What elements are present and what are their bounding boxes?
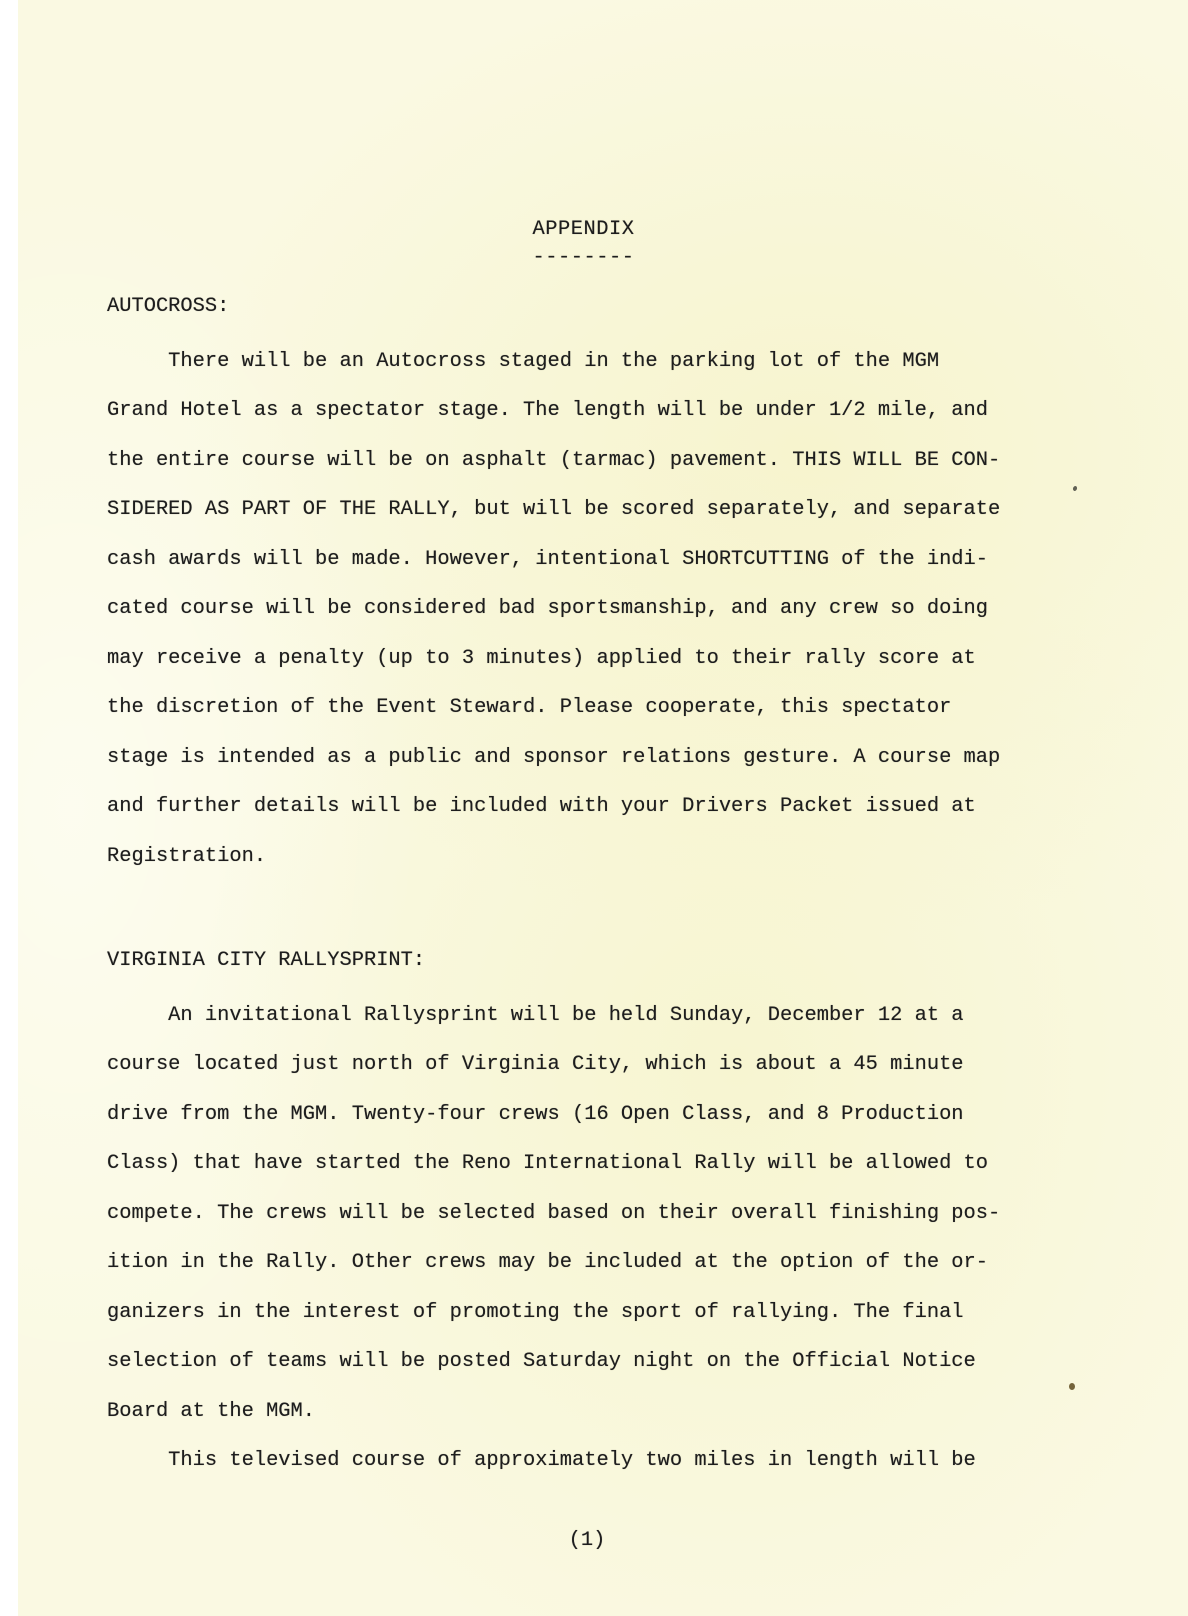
paragraph: There will be an Autocross staged in the… bbox=[107, 337, 1002, 882]
title-block: APPENDIX -------- bbox=[136, 205, 1031, 282]
section-heading-virginia-city-rallysprint: VIRGINIA CITY RALLYSPRINT: bbox=[107, 936, 1002, 986]
paragraph: An invitational Rallysprint will be held… bbox=[107, 991, 1002, 1437]
scanned-document-page: APPENDIX -------- AUTOCROSS: There will … bbox=[0, 0, 1188, 1616]
typewritten-content: APPENDIX -------- AUTOCROSS: There will … bbox=[107, 0, 1002, 1486]
scan-speck bbox=[1069, 1383, 1075, 1390]
document-body: AUTOCROSS: There will be an Autocross st… bbox=[107, 282, 1002, 1486]
paragraph: This televised course of approximately t… bbox=[107, 1436, 1002, 1486]
page-number: (1) bbox=[0, 1516, 1181, 1566]
title-underline: -------- bbox=[136, 233, 1031, 283]
scan-speck bbox=[1072, 485, 1077, 491]
scan-edge-strip bbox=[0, 0, 18, 1616]
section-autocross: AUTOCROSS: There will be an Autocross st… bbox=[107, 282, 1002, 881]
section-virginia-city-rallysprint: VIRGINIA CITY RALLYSPRINT: An invitation… bbox=[107, 936, 1002, 1486]
section-heading-autocross: AUTOCROSS: bbox=[107, 282, 1002, 332]
